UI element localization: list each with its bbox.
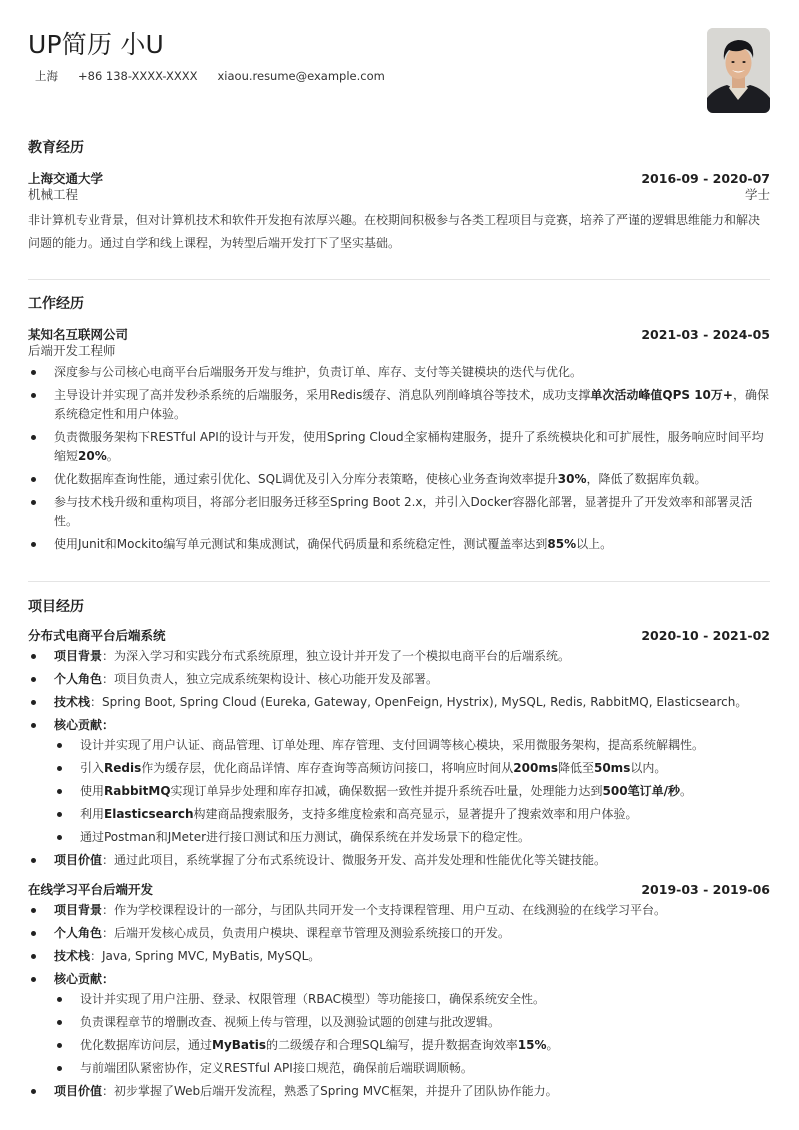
work-bullets: 深度参与公司核心电商平台后端服务开发与维护，负责订单、库存、支付等关键模块的迭代… [28,363,770,554]
section-title-education: 教育经历 [28,139,770,157]
contact-email: xiaou.resume@example.com [217,68,384,84]
contribution-item: 负责课程章节的增删改查、视频上传与管理，以及测验试题的创建与批改逻辑。 [54,1013,770,1032]
work-bullet: 参与技术栈升级和重构项目，将部分老旧服务迁移至Spring Boot 2.x，并… [28,493,770,531]
project-stack: 技术栈：Spring Boot, Spring Cloud (Eureka, G… [28,693,770,712]
section-title-projects: 项目经历 [28,598,770,616]
education-section: 教育经历 上海交通大学 2016-09 - 2020-07 机械工程 学士 非计… [28,139,770,255]
degree: 学士 [745,187,770,203]
project-entry: 分布式电商平台后端系统 2020-10 - 2021-02 项目背景：为深入学习… [28,628,770,870]
work-entry-sub: 后端开发工程师 [28,343,770,359]
project-contributions: 核心贡献： 设计并实现了用户注册、登录、权限管理（RBAC模型）等功能接口，确保… [28,970,770,1078]
project-value: 项目价值：初步掌握了Web后端开发流程，熟悉了Spring MVC框架，并提升了… [28,1082,770,1101]
project-contributions: 核心贡献： 设计并实现了用户认证、商品管理、订单处理、库存管理、支付回调等核心模… [28,716,770,847]
project-background: 项目背景：为深入学习和实践分布式系统原理，独立设计并开发了一个模拟电商平台的后端… [28,647,770,666]
project-role: 个人角色：项目负责人，独立完成系统架构设计、核心功能开发及部署。 [28,670,770,689]
school-name: 上海交通大学 [28,171,103,187]
project-bullets: 项目背景：为深入学习和实践分布式系统原理，独立设计并开发了一个模拟电商平台的后端… [28,647,770,870]
section-title-work: 工作经历 [28,295,770,313]
major: 机械工程 [28,187,78,203]
contribution-item: 与前端团队紧密协作，定义RESTful API接口规范，确保前后端联调顺畅。 [54,1059,770,1078]
education-entry-header: 上海交通大学 2016-09 - 2020-07 [28,171,770,187]
education-description: 非计算机专业背景，但对计算机技术和软件开发抱有浓厚兴趣。在校期间积极参与各类工程… [28,209,770,255]
contact-phone: +86 138-XXXX-XXXX [78,68,197,84]
work-bullet: 使用Junit和Mockito编写单元测试和集成测试，确保代码质量和系统稳定性，… [28,535,770,554]
contribution-item: 利用Elasticsearch构建商品搜索服务，支持多维度检索和高亮显示，显著提… [54,805,770,824]
work-bullet: 负责微服务架构下RESTful API的设计与开发，使用Spring Cloud… [28,428,770,466]
section-divider [28,581,770,582]
contribution-item: 优化数据库访问层，通过MyBatis的二级缓存和合理SQL编写，提升数据查询效率… [54,1036,770,1055]
project-date: 2019-03 - 2019-06 [641,882,770,898]
project-entry: 在线学习平台后端开发 2019-03 - 2019-06 项目背景：作为学校课程… [28,882,770,1101]
contact-city: 上海 [35,68,58,84]
work-section: 工作经历 某知名互联网公司 2021-03 - 2024-05 后端开发工程师 … [28,295,770,558]
project-header: 分布式电商平台后端系统 2020-10 - 2021-02 [28,628,770,644]
profile-photo [707,28,770,113]
projects-section: 项目经历 分布式电商平台后端系统 2020-10 - 2021-02 项目背景：… [28,598,770,1105]
work-date: 2021-03 - 2024-05 [641,327,770,343]
person-portrait-icon [707,28,770,113]
contribution-item: 设计并实现了用户注册、登录、权限管理（RBAC模型）等功能接口，确保系统安全性。 [54,990,770,1009]
section-divider [28,279,770,280]
contribution-list: 设计并实现了用户注册、登录、权限管理（RBAC模型）等功能接口，确保系统安全性。… [54,990,770,1078]
contribution-item: 引入Redis作为缓存层，优化商品详情、库存查询等高频访问接口，将响应时间从20… [54,759,770,778]
contact-info: 上海 +86 138-XXXX-XXXX xiaou.resume@exampl… [35,68,385,84]
project-name: 分布式电商平台后端系统 [28,628,166,644]
education-entry-sub: 机械工程 学士 [28,187,770,203]
job-role: 后端开发工程师 [28,343,116,359]
education-date: 2016-09 - 2020-07 [641,171,770,187]
project-bullets: 项目背景：作为学校课程设计的一部分，与团队共同开发一个支持课程管理、用户互动、在… [28,901,770,1101]
company-name: 某知名互联网公司 [28,327,128,343]
project-name: 在线学习平台后端开发 [28,882,153,898]
work-bullet: 优化数据库查询性能，通过索引优化、SQL调优及引入分库分表策略，使核心业务查询效… [28,470,770,489]
contribution-item: 通过Postman和JMeter进行接口测试和压力测试，确保系统在并发场景下的稳… [54,828,770,847]
project-date: 2020-10 - 2021-02 [641,628,770,644]
contribution-list: 设计并实现了用户认证、商品管理、订单处理、库存管理、支付回调等核心模块，采用微服… [54,736,770,847]
contribution-item: 设计并实现了用户认证、商品管理、订单处理、库存管理、支付回调等核心模块，采用微服… [54,736,770,755]
project-stack: 技术栈：Java, Spring MVC, MyBatis, MySQL。 [28,947,770,966]
project-header: 在线学习平台后端开发 2019-03 - 2019-06 [28,882,770,898]
project-background: 项目背景：作为学校课程设计的一部分，与团队共同开发一个支持课程管理、用户互动、在… [28,901,770,920]
work-bullet: 主导设计并实现了高并发秒杀系统的后端服务，采用Redis缓存、消息队列削峰填谷等… [28,386,770,424]
project-role: 个人角色：后端开发核心成员，负责用户模块、课程章节管理及测验系统接口的开发。 [28,924,770,943]
work-entry-header: 某知名互联网公司 2021-03 - 2024-05 [28,327,770,343]
work-bullet: 深度参与公司核心电商平台后端服务开发与维护，负责订单、库存、支付等关键模块的迭代… [28,363,770,382]
resume-name: UP简历 小U [28,30,164,60]
project-value: 项目价值：通过此项目，系统掌握了分布式系统设计、微服务开发、高并发处理和性能优化… [28,851,770,870]
contribution-item: 使用RabbitMQ实现订单异步处理和库存扣减，确保数据一致性并提升系统吞吐量，… [54,782,770,801]
